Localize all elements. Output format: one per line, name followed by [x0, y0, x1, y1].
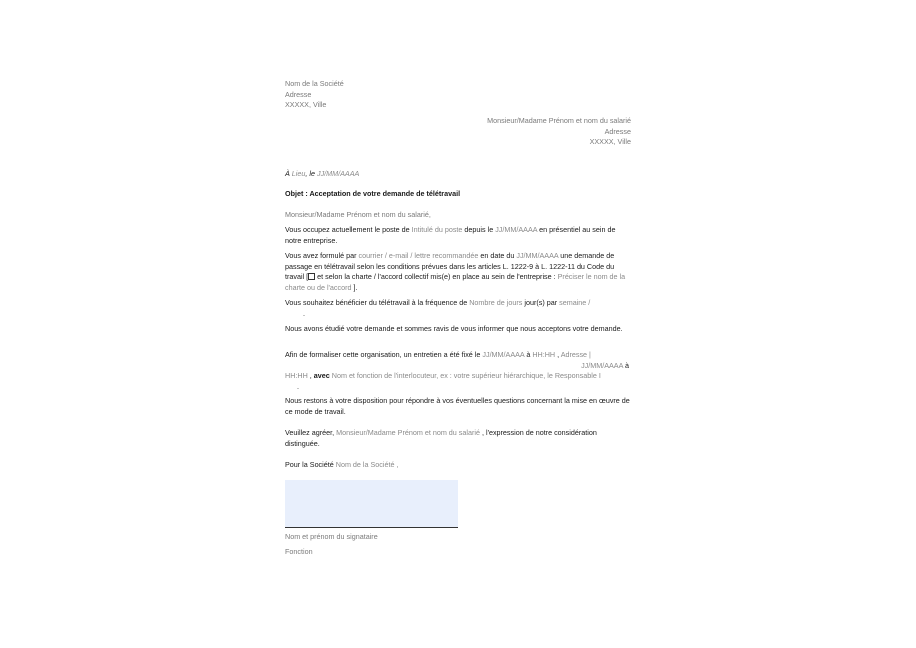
letter-page: Nom de la Société Adresse XXXXX, Ville M… — [285, 79, 631, 111]
sender-block: Nom de la Société Adresse XXXXX, Ville — [285, 79, 631, 111]
text: , — [396, 460, 398, 469]
closing-recipient-field[interactable]: Monsieur/Madame Prénom et nom du salarié — [336, 428, 480, 437]
text: à — [625, 361, 629, 370]
paragraph-frequency: Vous souhaitez bénéficier du télétravail… — [285, 298, 631, 319]
recipient-block: Monsieur/Madame Prénom et nom du salarié… — [487, 116, 631, 148]
recipient-name[interactable]: Monsieur/Madame Prénom et nom du salarié — [487, 116, 631, 127]
text: et selon la charte / l'accord collectif … — [317, 272, 555, 281]
recipient-address[interactable]: Adresse — [487, 127, 631, 138]
paragraph-closing: Veuillez agréer, Monsieur/Madame Prénom … — [285, 428, 631, 449]
place-date-line: À Lieu, le JJ/MM/AAAA — [285, 169, 631, 180]
paragraph-signoff: Pour la Société Nom de la Société , — [285, 460, 631, 471]
recipient-city[interactable]: XXXXX, Ville — [487, 137, 631, 148]
start-date-field[interactable]: JJ/MM/AAAA — [495, 225, 537, 234]
interlocutor-field[interactable]: Nom et fonction de l'interlocuteur, ex :… — [332, 371, 601, 380]
request-date-field[interactable]: JJ/MM/AAAA — [516, 251, 558, 260]
text: Vous occupez actuellement le poste de — [285, 225, 410, 234]
text: . — [285, 309, 305, 318]
meeting-time-alt-field[interactable]: HH:HH — [285, 371, 308, 380]
text: en date du — [480, 251, 514, 260]
meeting-date-field[interactable]: JJ/MM/AAAA — [482, 350, 524, 359]
signatory-name[interactable]: Nom et prénom du signataire — [285, 532, 631, 543]
paragraph-position: Vous occupez actuellement le poste de In… — [285, 225, 631, 246]
sender-company[interactable]: Nom de la Société — [285, 79, 631, 90]
text: jour(s) par — [524, 298, 557, 307]
signatory-role[interactable]: Fonction — [285, 547, 631, 558]
text: Pour la Société — [285, 460, 334, 469]
text: . — [285, 382, 299, 391]
text: depuis le — [464, 225, 493, 234]
text: , — [310, 371, 312, 380]
sender-address[interactable]: Adresse — [285, 90, 631, 101]
date-sep: , le — [305, 169, 315, 178]
text: Vous souhaitez bénéficier du télétravail… — [285, 298, 467, 307]
paragraph-meeting: Afin de formaliser cette organisation, u… — [285, 350, 631, 392]
text: avec — [314, 371, 330, 380]
charter-checkbox[interactable] — [308, 273, 315, 280]
days-count-field[interactable]: Nombre de jours — [469, 298, 522, 307]
meeting-date-alt-field[interactable]: JJ/MM/AAAA — [581, 361, 623, 370]
paragraph-request: Vous avez formulé par courrier / e-mail … — [285, 251, 631, 293]
text: ]. — [354, 283, 358, 292]
salutation[interactable]: Monsieur/Madame Prénom et nom du salarié… — [285, 210, 631, 221]
frequency-period-field[interactable]: semaine / — [559, 298, 590, 307]
paragraph-acceptance: Nous avons étudié votre demande et somme… — [285, 324, 631, 335]
text: Veuillez agréer, — [285, 428, 334, 437]
text: Vous avez formulé par — [285, 251, 357, 260]
paragraph-availability: Nous restons à votre disposition pour ré… — [285, 396, 631, 417]
date-field[interactable]: JJ/MM/AAAA — [317, 169, 359, 178]
text: à — [526, 350, 530, 359]
place-field[interactable]: Lieu — [292, 169, 306, 178]
text: , — [557, 350, 559, 359]
sender-city[interactable]: XXXXX, Ville — [285, 100, 631, 111]
job-title-field[interactable]: Intitulé du poste — [412, 225, 463, 234]
signoff-company-field[interactable]: Nom de la Société — [336, 460, 395, 469]
request-method-field[interactable]: courrier / e-mail / lettre recommandée — [359, 251, 479, 260]
place-prefix: À — [285, 169, 290, 178]
signature-box[interactable] — [285, 480, 458, 528]
meeting-address-field[interactable]: Adresse | — [561, 350, 591, 359]
meeting-time-field[interactable]: HH:HH — [532, 350, 555, 359]
text: Afin de formaliser cette organisation, u… — [285, 350, 480, 359]
subject-line: Objet : Acceptation de votre demande de … — [285, 189, 631, 200]
